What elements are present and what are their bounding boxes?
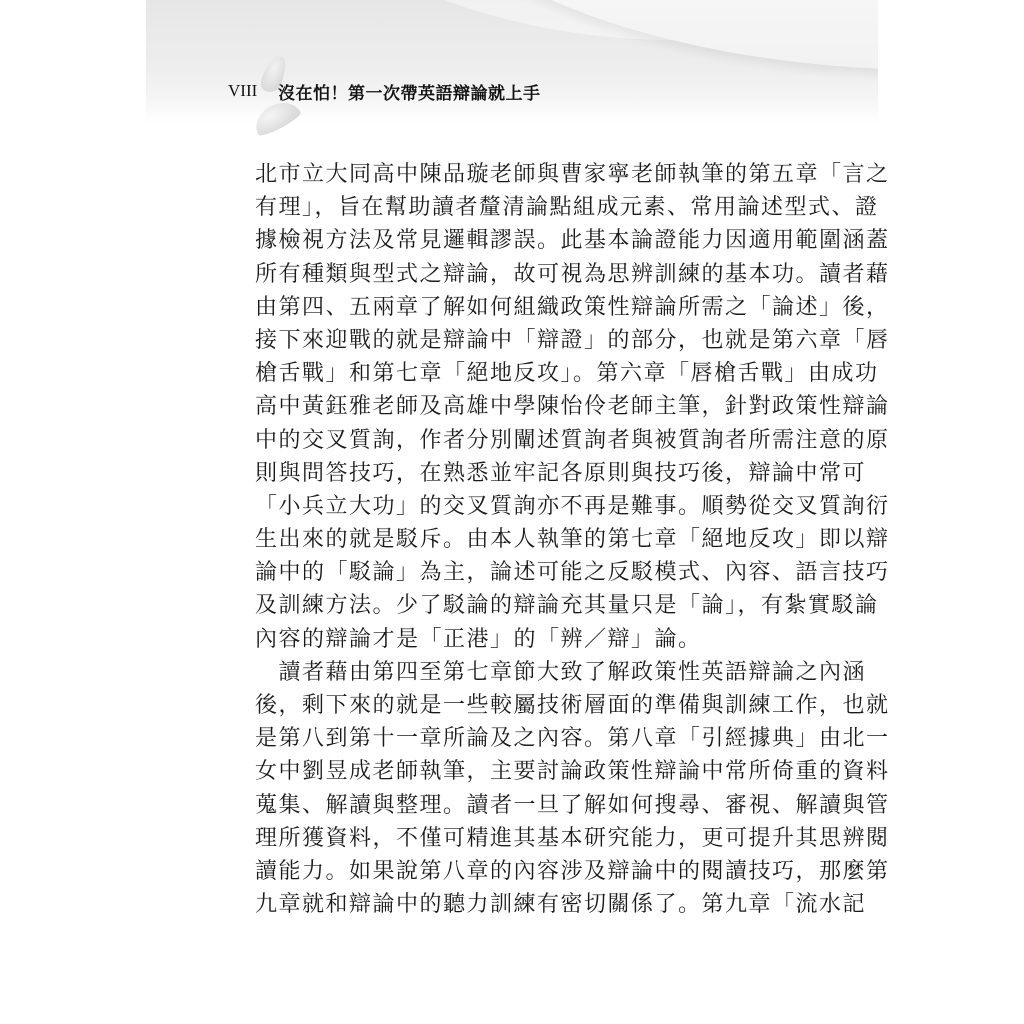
text-line: 九章就和辯論中的聽力訓練有密切關係了。第九章「流水記 (255, 888, 785, 921)
text-line: 是第八到第十一章所論及之內容。第八章「引經據典」由北一 (255, 722, 785, 755)
text-line: 「小兵立大功」的交叉質詢亦不再是難事。順勢從交叉質詢衍 (255, 490, 785, 523)
text-line: 讀者藉由第四至第七章節大致了解政策性英語辯論之內涵 (255, 656, 785, 689)
text-line: 則與問答技巧，在熟悉並牢記各原則與技巧後，辯論中常可 (255, 457, 785, 490)
text-line: 讀能力。如果說第八章的內容涉及辯論中的閱讀技巧，那麼第 (255, 855, 785, 888)
text-line: 論中的「駁論」為主，論述可能之反駁模式、內容、語言技巧 (255, 556, 785, 589)
running-head: VIII 沒在怕！第一次帶英語辯論就上手 (228, 78, 541, 104)
text-line: 中的交叉質詢，作者分別闡述質詢者與被質詢者所需注意的原 (255, 424, 785, 457)
text-line: 蒐集、解讀與整理。讀者一旦了解如何搜尋、審視、解讀與管 (255, 789, 785, 822)
text-line: 女中劉昱成老師執筆，主要討論政策性辯論中常所倚重的資料 (255, 755, 785, 788)
text-line: 內容的辯論才是「正港」的「辨／辯」論。 (255, 623, 785, 656)
page-number: VIII (228, 81, 278, 101)
book-page: VIII 沒在怕！第一次帶英語辯論就上手 北市立大同高中陳品璇老師與曹家寧老師執… (0, 0, 1024, 1024)
text-line: 據檢視方法及常見邏輯謬誤。此基本論證能力因適用範圍涵蓋 (255, 224, 785, 257)
text-line: 理所獲資料，不僅可精進其基本研究能力，更可提升其思辨閱 (255, 822, 785, 855)
text-line: 生出來的就是駁斥。由本人執筆的第七章「絕地反攻」即以辯 (255, 523, 785, 556)
text-line: 由第四、五兩章了解如何組織政策性辯論所需之「論述」後， (255, 291, 785, 324)
text-line: 有理」，旨在幫助讀者釐清論點組成元素、常用論述型式、證 (255, 191, 785, 224)
text-line: 及訓練方法。少了駁論的辯論充其量只是「論」，有紮實駁論 (255, 589, 785, 622)
text-line: 北市立大同高中陳品璇老師與曹家寧老師執筆的第五章「言之 (255, 158, 785, 191)
text-line: 接下來迎戰的就是辯論中「辯證」的部分，也就是第六章「唇 (255, 324, 785, 357)
body-text: 北市立大同高中陳品璇老師與曹家寧老師執筆的第五章「言之 有理」，旨在幫助讀者釐清… (255, 158, 785, 921)
book-title: 沒在怕！第一次帶英語辯論就上手 (278, 79, 541, 104)
text-line: 後，剩下來的就是一些較屬技術層面的準備與訓練工作，也就 (255, 689, 785, 722)
text-line: 所有種類與型式之辯論，故可視為思辨訓練的基本功。讀者藉 (255, 258, 785, 291)
text-line: 高中黃鈺雅老師及高雄中學陳怡伶老師主筆，針對政策性辯論 (255, 390, 785, 423)
text-line: 槍舌戰」和第七章「絕地反攻」。第六章「唇槍舌戰」由成功 (255, 357, 785, 390)
header-decoration (146, 0, 878, 128)
